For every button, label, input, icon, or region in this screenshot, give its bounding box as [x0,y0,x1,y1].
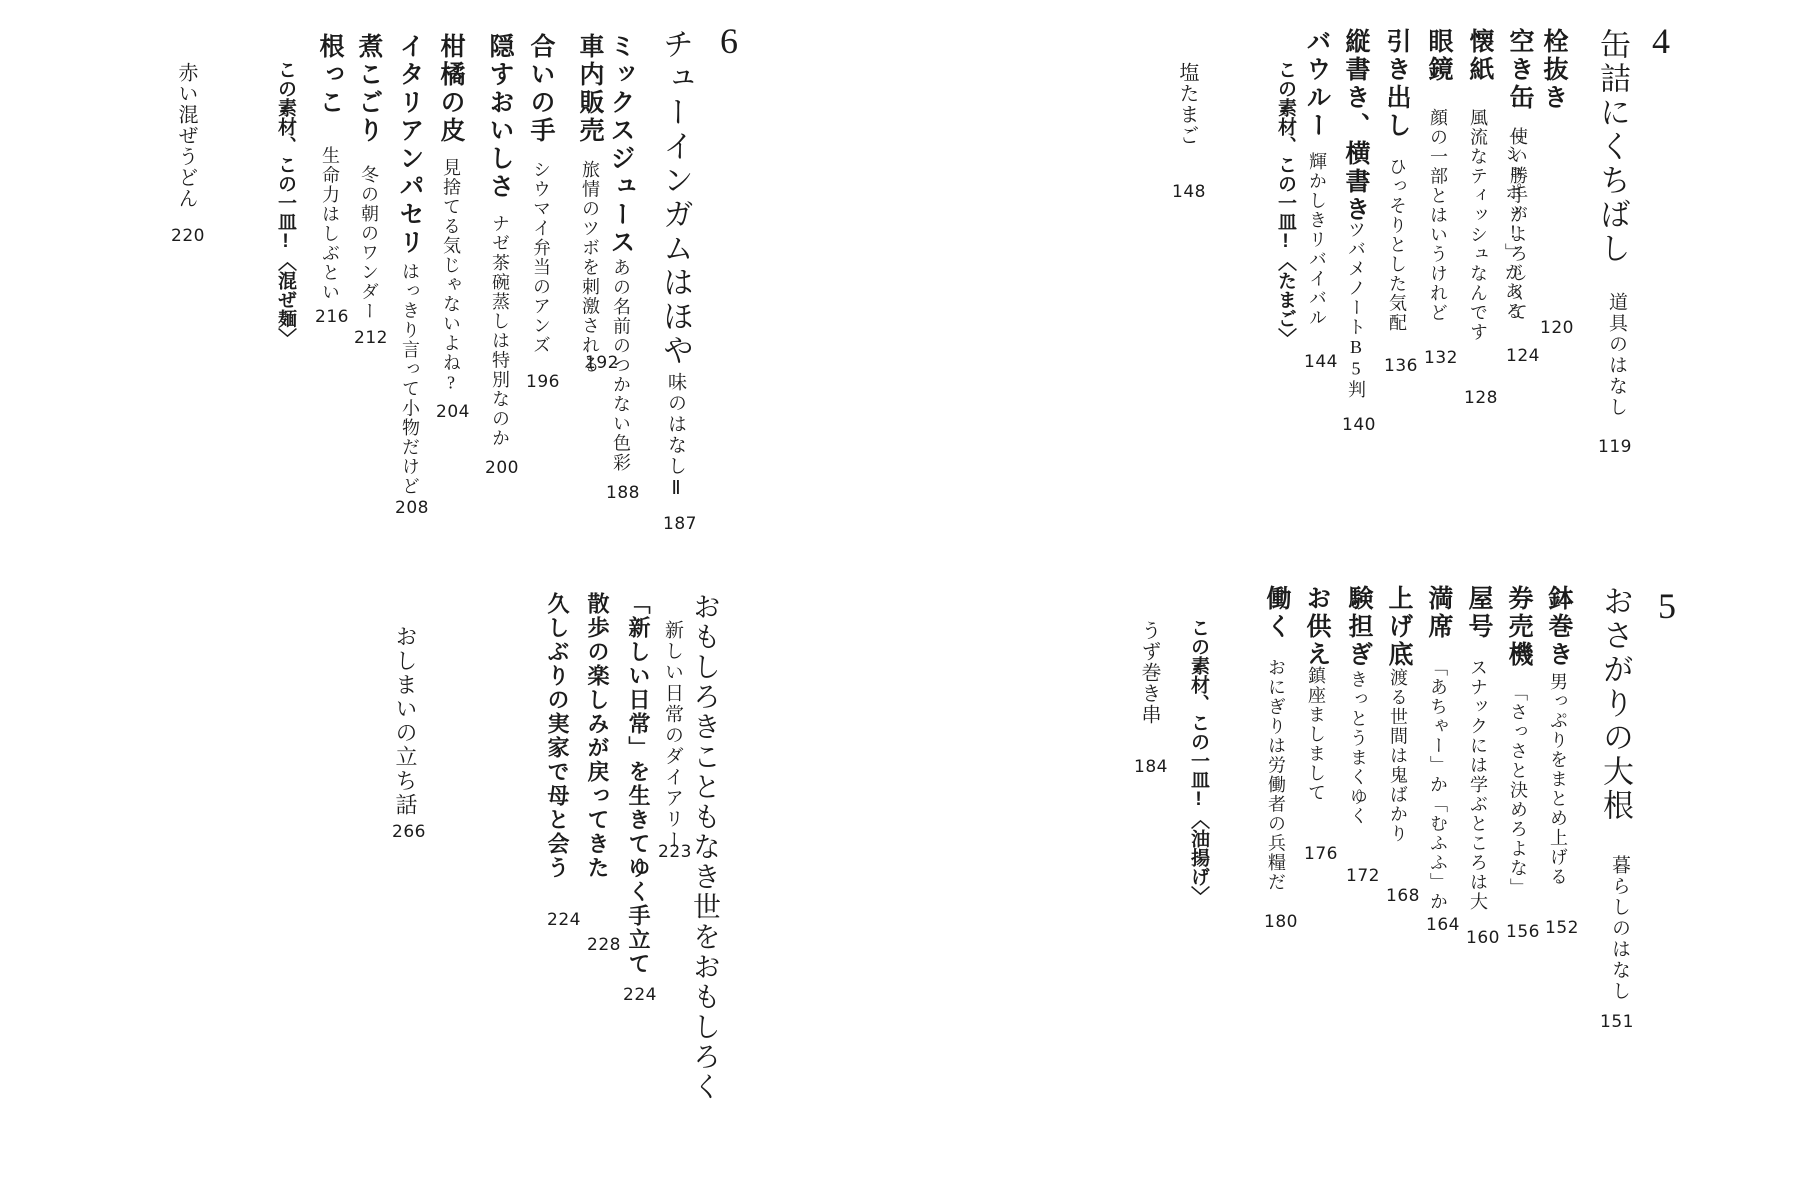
entry-title: 散歩の楽しみが戻ってきた [586,592,608,880]
entry-page-number: 144 [1304,352,1338,372]
entry-title: 根っこ [317,33,342,117]
chapter-title: 缶詰にくちばし [1597,28,1628,266]
entry-page-number: 224 [547,910,581,930]
closing-title: おしまいの立ち話 [394,625,416,817]
closing-page-number: 266 [392,822,426,842]
entry-page-number: 164 [1426,915,1460,935]
entry-note: きっとうまくゆく [1349,670,1367,826]
special-dish-page-number: 148 [1172,182,1206,202]
entry-page-number: 180 [1264,912,1298,932]
entry-note: 旅情のツボを刺激される [581,160,599,375]
entry-page-number: 216 [315,307,349,327]
chapter-title: チューインガムはほや [660,28,691,368]
special-dish-label: この素材、この一皿!〈油揚げ〉 [1189,618,1208,905]
chapter-page-number: 187 [663,514,697,534]
entry-title: 車内販売 [577,33,602,145]
entry-page-number: 120 [1540,318,1574,338]
entry-note: 「さっさと決めろよな」 [1509,683,1527,898]
entry-note: 男っぷりをまとめ上げる [1549,672,1567,887]
entry-title: 屋号 [1466,585,1491,641]
entry-title: 験担ぎ [1346,585,1371,669]
entry-page-number: 152 [1545,918,1579,938]
entry-note: ナゼ茶碗蒸しは特別なのか [491,214,509,448]
book-toc-page: { "page": {"background": "#ffffff", "tex… [0,0,1800,1200]
special-dish-label: この素材、この一皿!〈混ぜ麺〉 [276,60,295,347]
chapter-number: 5 [1658,585,1676,627]
chapter-page-number: 119 [1598,437,1632,457]
entry-title: 縦書き、横書き [1343,28,1368,224]
entry-title: 「新しい日常」を生きてゆく手立て [627,592,649,976]
chapter-page-number: 151 [1600,1012,1634,1032]
special-dish-label: この素材、この一皿!〈たまご〉 [1276,60,1295,347]
entry-title: 満席 [1426,585,1451,641]
entry-page-number: 160 [1466,928,1500,948]
entry-title: バウルー [1304,28,1329,140]
entry-title: 空き缶 [1507,28,1532,112]
entry-note: 見捨てる気じゃないよね? [442,158,460,394]
entry-note: 風流なティッシュなんです [1469,108,1487,342]
entry-page-number: 204 [436,402,470,422]
entry-page-number: 168 [1386,886,1420,906]
chapter-subtitle: 道具のはなし [1607,292,1626,418]
special-dish-item: 塩たまご [1177,62,1197,146]
entry-note: 冬の朝のワンダー [360,165,378,321]
entry-title: 柑橘の皮 [438,33,463,145]
entry-note: ツバメノートB5判 [1347,220,1365,400]
entry-title: 煮こごり [356,33,381,145]
entry-title: 隠すおいしさ [487,33,512,201]
entry-title: 合いの手 [528,33,553,145]
entry-page-number: 132 [1424,348,1458,368]
epilogue-title: おもしろきこともなき世をおもしろく [690,592,718,1102]
entry-page-number: 196 [526,372,560,392]
entry-page-number: 124 [1506,346,1540,366]
entry-title: 鉢巻き [1546,585,1571,669]
entry-note: はっきり言って小物だけど [401,262,419,496]
special-dish-page-number: 184 [1134,757,1168,777]
entry-note: 顔の一部とはいうけれど [1429,108,1447,323]
entry-page-number: 136 [1384,356,1418,376]
chapter-subtitle: 暮らしのはなし [1610,855,1629,1002]
entry-page-number: 212 [354,328,388,348]
special-dish-item: うず巻き串 [1139,620,1159,725]
entry-note: 鎮座ましまして [1307,666,1325,803]
entry-note: 使い勝手がよろしくて [1509,127,1527,322]
epilogue-page-number: 223 [658,842,692,862]
entry-title: 上げ底 [1386,585,1411,669]
entry-page-number: 192 [585,353,619,373]
special-dish-item: 赤い混ぜうどん [176,62,196,209]
entry-page-number: 176 [1304,844,1338,864]
entry-title: 引き出し [1384,28,1409,140]
entry-note: 輝かしきリバイバル [1308,152,1326,328]
entry-note: 渡る世間は鬼ばかり [1389,668,1407,844]
entry-title: 久しぶりの実家で母と会う [546,592,568,880]
epilogue-subtitle: 新しい日常のダイアリー [663,620,682,851]
chapter-number: 6 [720,20,738,62]
entry-title: 懐紙 [1467,28,1492,84]
entry-note: ひっそりとした気配 [1388,157,1406,333]
entry-title: お供え [1304,585,1329,669]
entry-title: 栓抜き [1541,28,1566,112]
entry-note: 「あちゃー」か「むふふ」か [1429,658,1447,912]
entry-title: 眼鏡 [1426,28,1451,84]
entry-page-number: 156 [1506,922,1540,942]
entry-title: ミックスジュース [608,33,633,257]
chapter-subtitle: 味のはなしⅡ [666,372,685,501]
chapter-title: おさがりの大根 [1600,585,1631,823]
entry-page-number: 208 [395,498,429,518]
special-dish-page-number: 220 [171,226,205,246]
entry-note: おにぎりは労働者の兵糧だ [1267,658,1285,892]
entry-title: 券売機 [1506,585,1531,669]
entry-note: 生命力はしぶとい [321,146,339,302]
entry-page-number: 224 [623,985,657,1005]
entry-note: シウマイ弁当のアンズ [532,160,550,355]
entry-page-number: 128 [1464,388,1498,408]
entry-page-number: 140 [1342,415,1376,435]
entry-page-number: 172 [1346,866,1380,886]
entry-title: イタリアンパセリ [397,33,422,257]
chapter-number: 4 [1652,20,1670,62]
entry-note: スナックには学ぶところは大 [1469,658,1487,912]
entry-page-number: 200 [485,458,519,478]
entry-title: 働く [1264,585,1289,641]
entry-page-number: 188 [606,483,640,503]
entry-page-number: 228 [587,935,621,955]
